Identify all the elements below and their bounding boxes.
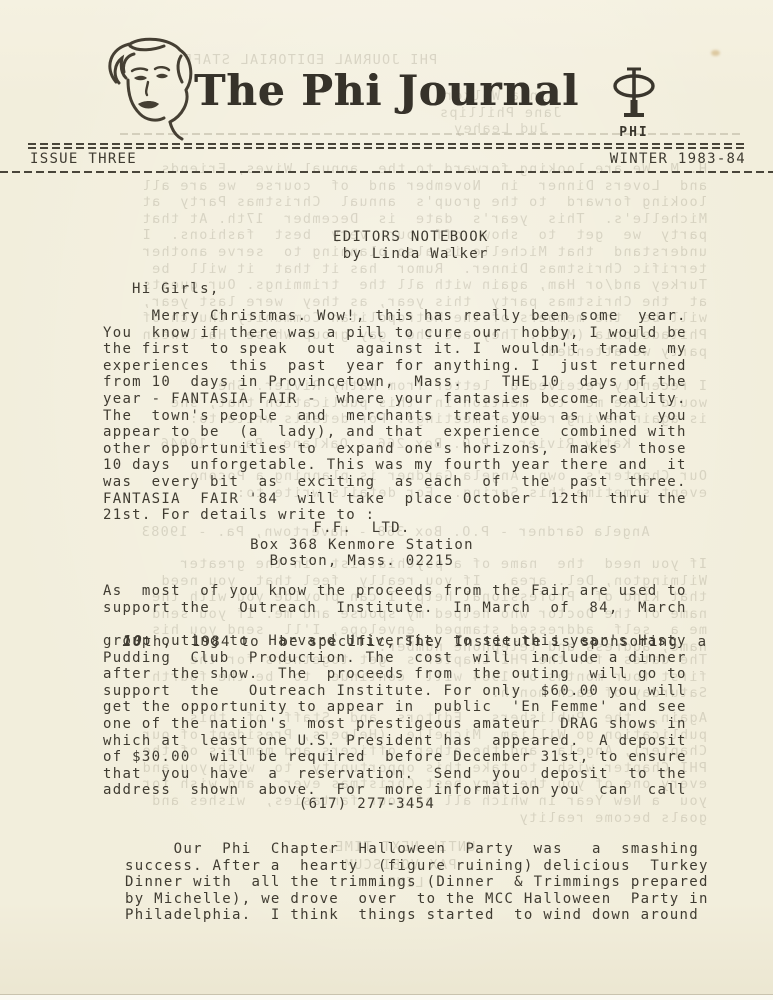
scanned-newsletter-page: { "masthead": { "title": "The Phi Journa… (0, 0, 773, 1000)
divider-single (0, 171, 773, 173)
phi-logo-caption: PHI (604, 125, 664, 140)
paragraph-3: Our Phi Chapter Halloween Party was a sm… (125, 841, 709, 924)
paragraph-2-rest: group outing to Harvard University to se… (103, 633, 687, 799)
page-bottom-edge (0, 995, 773, 1000)
phi-logo: PHI (604, 66, 664, 140)
paragraph-1: Merry Christmas. Wow!, this has really b… (103, 308, 687, 524)
issue-label: ISSUE THREE (30, 151, 137, 168)
paper-stain (711, 50, 720, 56)
salutation: Hi Girls, (132, 281, 220, 298)
article-heading: EDITORS NOTEBOOK by Linda Walker (333, 229, 489, 262)
paragraph-2-start: As most of you know the proceeds from th… (103, 583, 687, 616)
season-label: WINTER 1983-84 (460, 151, 746, 168)
phi-symbol-icon (607, 66, 661, 120)
phone-number: (617) 277-3454 (232, 796, 502, 813)
divider-double-top (28, 143, 746, 145)
mail-address-block: F.F. LTD. Box 368 Kenmore Station Boston… (232, 520, 492, 570)
divider-double-bottom (28, 147, 746, 149)
